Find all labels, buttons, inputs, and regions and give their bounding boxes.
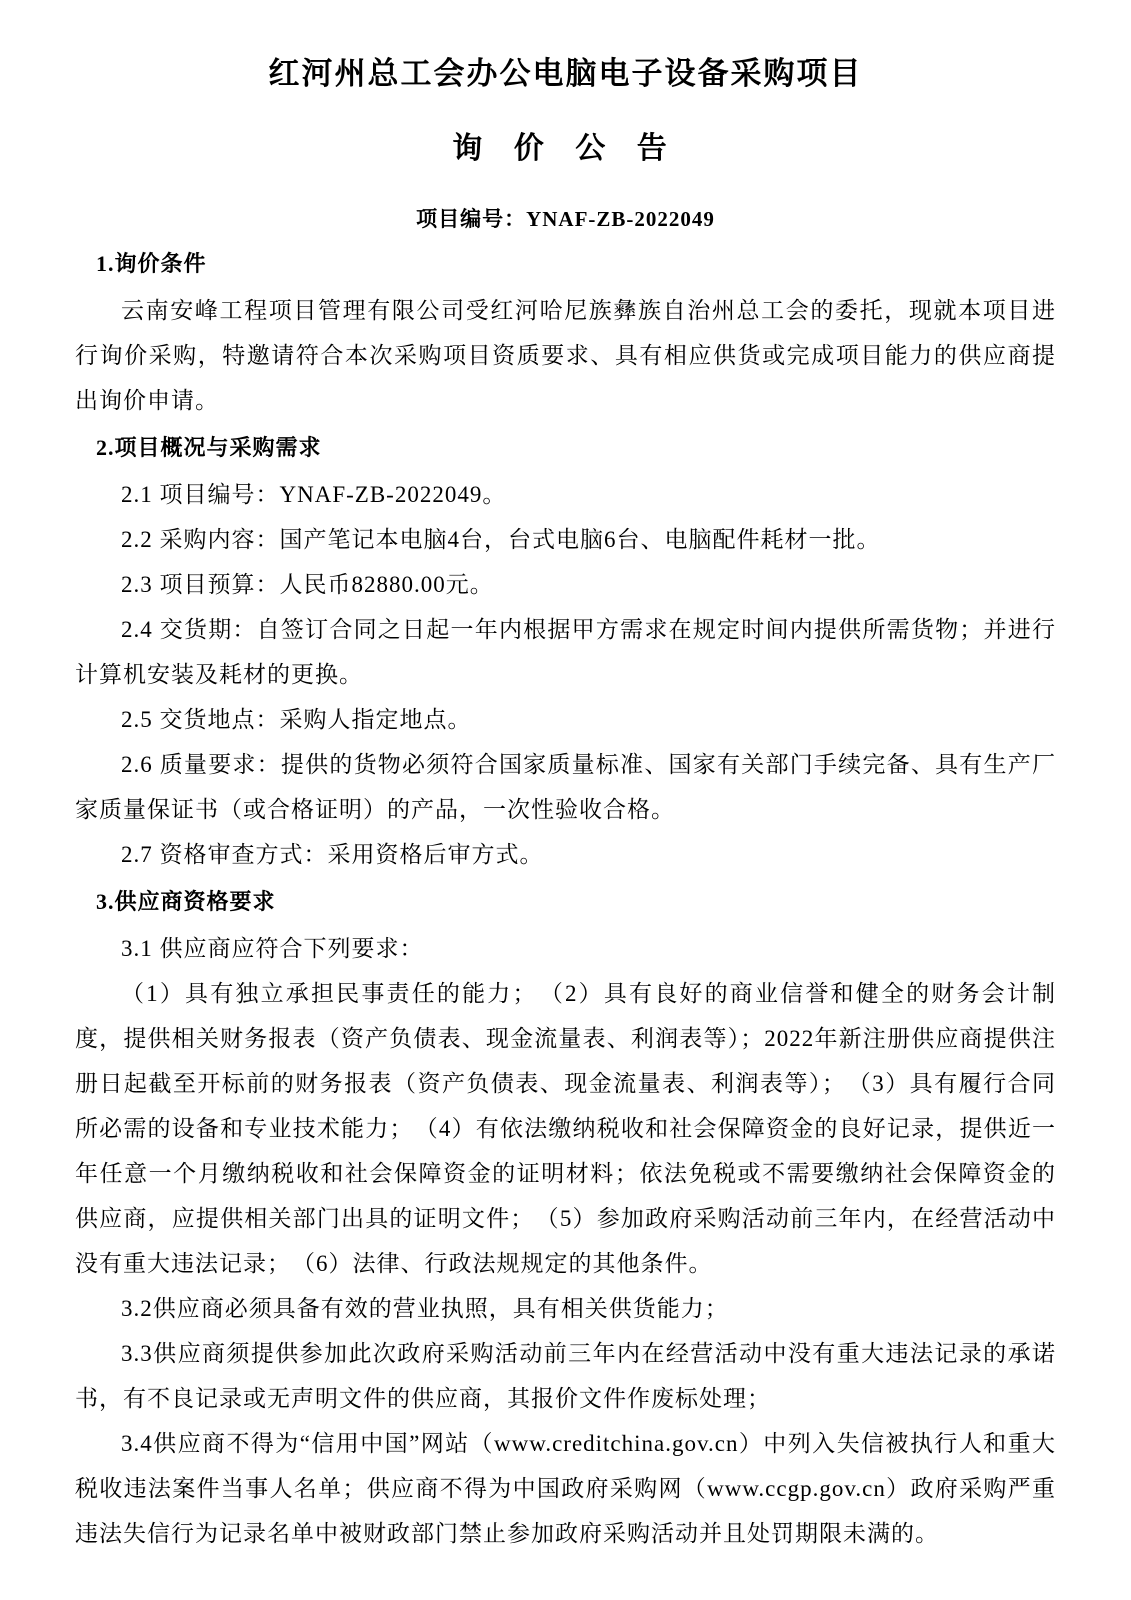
section-project-overview: 2.项目概况与采购需求 2.1 项目编号：YNAF-ZB-2022049。 2.… <box>75 425 1056 877</box>
clause-2-4: 2.4 交货期：自签订合同之日起一年内根据甲方需求在规定时间内提供所需货物；并进… <box>75 607 1056 697</box>
section-1-paragraph: 云南安峰工程项目管理有限公司受红河哈尼族彝族自治州总工会的委托，现就本项目进行询… <box>75 288 1056 423</box>
clause-2-1: 2.1 项目编号：YNAF-ZB-2022049。 <box>75 472 1056 517</box>
section-3-heading: 3.供应商资格要求 <box>75 879 1056 924</box>
clause-2-7: 2.7 资格审查方式：采用资格后审方式。 <box>75 832 1056 877</box>
section-inquiry-conditions: 1.询价条件 云南安峰工程项目管理有限公司受红河哈尼族彝族自治州总工会的委托，现… <box>75 241 1056 423</box>
document-subtitle: 询 价 公 告 <box>75 123 1056 167</box>
project-number: 项目编号：YNAF-ZB-2022049 <box>75 203 1056 233</box>
section-1-heading: 1.询价条件 <box>75 241 1056 286</box>
clause-3-1-items: （1）具有独立承担民事责任的能力； （2）具有良好的商业信誉和健全的财务会计制度… <box>75 971 1056 1286</box>
section-supplier-qualifications: 3.供应商资格要求 3.1 供应商应符合下列要求： （1）具有独立承担民事责任的… <box>75 879 1056 1556</box>
document-page: 红河州总工会办公电脑电子设备采购项目 询 价 公 告 项目编号：YNAF-ZB-… <box>0 0 1131 1600</box>
section-2-heading: 2.项目概况与采购需求 <box>75 425 1056 470</box>
clause-3-2: 3.2供应商必须具备有效的营业执照，具有相关供货能力； <box>75 1286 1056 1331</box>
clause-3-3: 3.3供应商须提供参加此次政府采购活动前三年内在经营活动中没有重大违法记录的承诺… <box>75 1331 1056 1421</box>
document-title: 红河州总工会办公电脑电子设备采购项目 <box>75 48 1056 93</box>
clause-2-2: 2.2 采购内容：国产笔记本电脑4台，台式电脑6台、电脑配件耗材一批。 <box>75 517 1056 562</box>
clause-2-3: 2.3 项目预算：人民币82880.00元。 <box>75 562 1056 607</box>
clause-3-1: 3.1 供应商应符合下列要求： <box>75 926 1056 971</box>
clause-2-6: 2.6 质量要求：提供的货物必须符合国家质量标准、国家有关部门手续完备、具有生产… <box>75 742 1056 832</box>
clause-2-5: 2.5 交货地点：采购人指定地点。 <box>75 697 1056 742</box>
clause-3-4: 3.4供应商不得为“信用中国”网站（www.creditchina.gov.cn… <box>75 1421 1056 1556</box>
